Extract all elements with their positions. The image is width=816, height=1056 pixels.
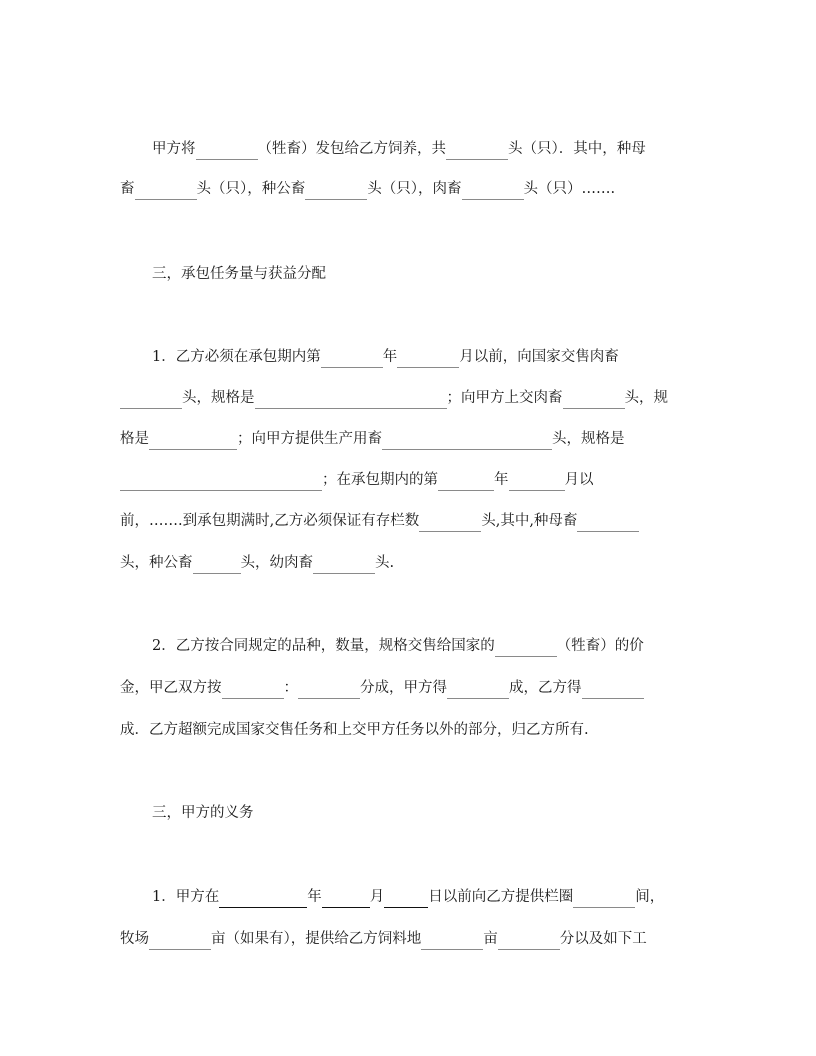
blank-party-a-share[interactable] <box>447 681 509 699</box>
text: 头（只），种公畜 <box>197 178 306 200</box>
text: 2．乙方按合同规定的品种，数量，规格交售给国家的 <box>152 635 495 657</box>
text: 月以前，向国家交售肉畜 <box>459 346 619 368</box>
blank-state-meat-head[interactable] <box>120 391 182 409</box>
section-heading-tasks: 三，承包任务量与获益分配 <box>152 263 326 285</box>
blank-period-year[interactable] <box>438 473 494 491</box>
item3-line-1: 1．甲方在 年 月 日以前向乙方提供栏圈 间， <box>152 886 664 908</box>
text: 月 <box>370 886 385 908</box>
text: （牲畜）的价 <box>557 635 644 657</box>
text: 头（只）……. <box>524 178 616 200</box>
text: 亩 <box>483 928 498 950</box>
blank-young-meat[interactable] <box>313 556 375 574</box>
item2-line-2: 金，甲乙双方按 ： 分成，甲方得 成，乙方得 <box>120 677 644 699</box>
text: 成．乙方超额完成国家交售任务和上交甲方任务以外的部分，归乙方所有. <box>120 719 589 741</box>
blank-end-breeding-female[interactable] <box>577 514 639 532</box>
blank-state-spec[interactable] <box>255 391 447 409</box>
text: 1．乙方必须在承包期内第 <box>152 346 321 368</box>
blank-end-breeding-male[interactable] <box>193 556 241 574</box>
text: 亩（如果有），提供给乙方饲料地 <box>211 928 421 950</box>
item2-line-3: 成．乙方超额完成国家交售任务和上交甲方任务以外的部分，归乙方所有. <box>120 719 589 741</box>
text: 年 <box>494 469 509 491</box>
text: 头,其中,种母畜 <box>481 510 577 532</box>
item1-line-5: 前，…….到承包期满时,乙方必须保证有存栏数 头,其中,种母畜 <box>120 510 639 532</box>
blank-month[interactable] <box>397 350 459 368</box>
blank-ratio-b[interactable] <box>298 681 360 699</box>
heading-text: 三，甲方的义务 <box>152 802 254 824</box>
text: 金，甲乙双方按 <box>120 677 222 699</box>
blank-breeding-female[interactable] <box>135 182 197 200</box>
text: 分以及如下工 <box>560 928 647 950</box>
blank-sold-livestock[interactable] <box>495 639 557 657</box>
text: 牧场 <box>120 928 149 950</box>
text: 头（只），肉畜 <box>367 178 461 200</box>
blank-party-a-spec[interactable] <box>149 432 237 450</box>
text: 间， <box>635 886 664 908</box>
blank-period-month[interactable] <box>509 473 565 491</box>
intro-line-2: 畜 头（只），种公畜 头（只），肉畜 头（只）……. <box>120 178 615 200</box>
text: 头，规格是 <box>552 428 625 450</box>
text: 日以前向乙方提供栏圈 <box>428 886 573 908</box>
text: 1．甲方在 <box>152 886 219 908</box>
blank-provide-year[interactable] <box>219 890 307 908</box>
text: 头，幼肉畜 <box>241 552 314 574</box>
text: 年 <box>307 886 322 908</box>
document-page: 甲方将 （牲畜）发包给乙方饲养，共 头（只）．其中，种母 畜 头（只），种公畜 … <box>0 0 816 1056</box>
blank-pens[interactable] <box>573 890 635 908</box>
text: （牲畜）发包给乙方饲养，共 <box>258 138 447 160</box>
text: 头，规格是 <box>182 387 255 409</box>
blank-pasture-mu[interactable] <box>149 932 211 950</box>
blank-year[interactable] <box>321 350 383 368</box>
text: ；在承包期内的第 <box>322 469 438 491</box>
intro-line-1: 甲方将 （牲畜）发包给乙方饲养，共 头（只）．其中，种母 <box>152 138 646 160</box>
text: 头，种公畜 <box>120 552 193 574</box>
blank-production-spec[interactable] <box>120 473 322 491</box>
text: 格是 <box>120 428 149 450</box>
blank-feed-land-mu[interactable] <box>421 932 483 950</box>
text: 头（只）．其中，种母 <box>508 138 646 160</box>
text: 头，规 <box>625 387 669 409</box>
text: 成，乙方得 <box>509 677 582 699</box>
item1-line-4: ；在承包期内的第 年 月以 <box>120 469 594 491</box>
section-heading-party-a-obligations: 三，甲方的义务 <box>152 802 254 824</box>
text: 月以 <box>565 469 594 491</box>
item1-line-3: 格是 ；向甲方提供生产用畜 头，规格是 <box>120 428 625 450</box>
blank-breeding-male[interactable] <box>305 182 367 200</box>
item1-line-6: 头，种公畜 头，幼肉畜 头. <box>120 552 394 574</box>
text: 年 <box>383 346 398 368</box>
text: 头. <box>375 552 394 574</box>
item1-line-1: 1．乙方必须在承包期内第 年 月以前，向国家交售肉畜 <box>152 346 619 368</box>
item3-line-2: 牧场 亩（如果有），提供给乙方饲料地 亩 分以及如下工 <box>120 928 647 950</box>
text: 甲方将 <box>152 138 196 160</box>
text: ；向甲方提供生产用畜 <box>237 428 382 450</box>
blank-stock-count[interactable] <box>419 514 481 532</box>
blank-ratio-a[interactable] <box>222 681 284 699</box>
blank-livestock-type[interactable] <box>196 142 258 160</box>
blank-party-b-share[interactable] <box>582 681 644 699</box>
blank-party-a-meat-head[interactable] <box>563 391 625 409</box>
blank-feed-land-fen[interactable] <box>498 932 560 950</box>
text: 前，…….到承包期满时,乙方必须保证有存栏数 <box>120 510 419 532</box>
blank-provide-day[interactable] <box>384 890 428 908</box>
item1-line-2: 头，规格是 ；向甲方上交肉畜 头，规 <box>120 387 668 409</box>
text: 分成，甲方得 <box>360 677 447 699</box>
heading-text: 三，承包任务量与获益分配 <box>152 263 326 285</box>
item2-line-1: 2．乙方按合同规定的品种，数量，规格交售给国家的 （牲畜）的价 <box>152 635 644 657</box>
blank-production-livestock[interactable] <box>382 432 552 450</box>
blank-meat-livestock[interactable] <box>462 182 524 200</box>
blank-provide-month[interactable] <box>322 890 370 908</box>
text: ；向甲方上交肉畜 <box>447 387 563 409</box>
text: ： <box>284 677 299 699</box>
text: 畜 <box>120 178 135 200</box>
blank-total-head[interactable] <box>446 142 508 160</box>
